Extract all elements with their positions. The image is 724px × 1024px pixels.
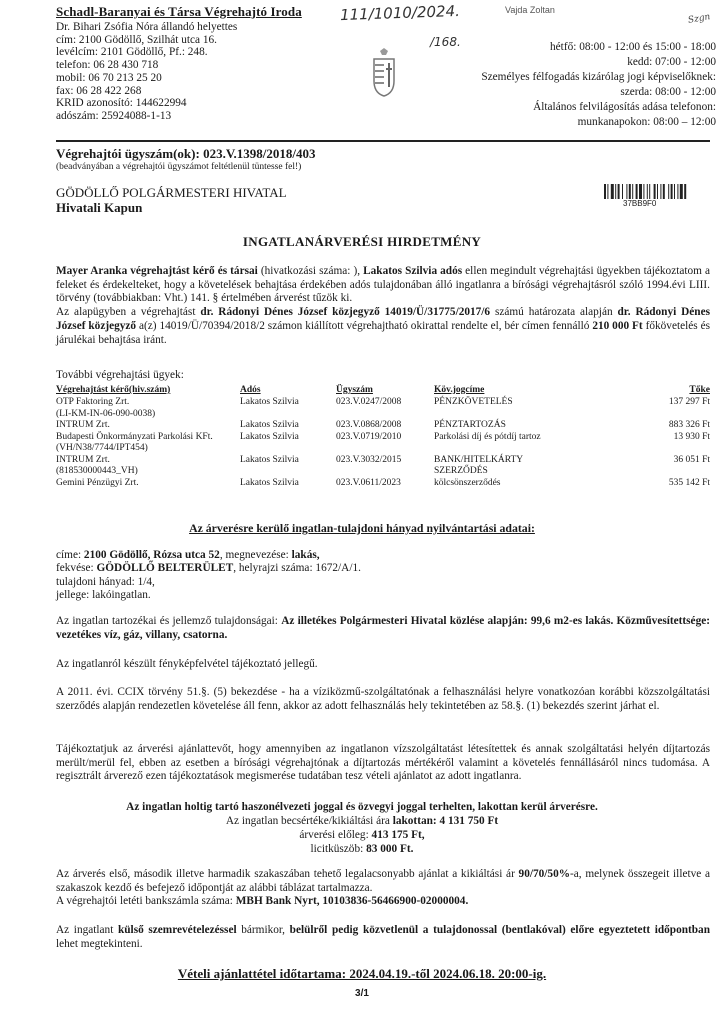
mobile-line: mobil: 06 70 213 25 20 <box>56 72 237 85</box>
stamp-name: Vajda Zoltan <box>505 5 555 15</box>
fax-line: fax: 06 28 422 268 <box>56 85 237 98</box>
cell-case-number: 023.V.0719/2010 <box>336 432 434 455</box>
document-title: INGATLANÁRVERÉSI HIRDETMÉNY <box>0 234 724 250</box>
cell-debtor: Lakatos Szilvia <box>240 478 336 490</box>
viewing-paragraph: Az ingatlant külső szemrevételezéssel bá… <box>56 924 710 951</box>
other-cases-table: Végrehajtást kérő(hiv.szám) Adós Ügyszám… <box>56 383 710 489</box>
office-contact-block: Dr. Bihari Zsófia Nóra állandó helyettes… <box>56 21 237 123</box>
cell-debtor: Lakatos Szilvia <box>240 432 336 455</box>
property-registry-data: címe: 2100 Gödöllő, Rózsa utca 52, megne… <box>56 549 361 602</box>
col-creditor: Végrehajtást kérő(hiv.szám) <box>56 383 240 397</box>
cell-case-number: 023.V.0868/2008 <box>336 420 434 432</box>
addressee-block: GÖDÖLLŐ POLGÁRMESTERI HIVATAL Hivatali K… <box>56 185 287 215</box>
property-features: Az ingatlan tartozékai és jellemző tulaj… <box>56 615 710 642</box>
cell-principal: 36 051 Ft <box>584 455 710 478</box>
cell-creditor: INTRUM Zrt.(818530000443_VH) <box>56 455 240 478</box>
address-line: cím: 2100 Gödöllő, Szilhát utca 16. <box>56 34 237 47</box>
case-number-note: (beadványában a végrehajtói ügyszámot fe… <box>56 162 301 172</box>
page-number: 3/1 <box>0 988 724 999</box>
mail-address-line: levélcím: 2101 Gödöllő, Pf.: 248. <box>56 46 237 59</box>
hours-wednesday: szerda: 08:00 - 12:00 <box>481 85 716 100</box>
cell-claim-title: Parkolási díj és pótdíj tartoz <box>434 432 584 455</box>
coat-of-arms-icon <box>370 47 398 97</box>
office-name: Schadl-Baranyai és Társa Végrehajtó Irod… <box>56 4 302 20</box>
cell-principal: 137 297 Ft <box>584 397 710 420</box>
intro-paragraph: Mayer Aranka végrehajtást kérő és társai… <box>56 265 710 347</box>
tax-id-line: adószám: 25924088-1-13 <box>56 110 237 123</box>
cell-claim-title: BANK/HITELKÁRTYSZERZŐDÉS <box>434 455 584 478</box>
hours-legal-reps-label: Személyes félfogadás kizárólag jogi képv… <box>481 70 716 85</box>
basis-text: számú határozata alapján <box>490 306 617 318</box>
principal-claim: 210 000 Ft <box>592 320 642 332</box>
cell-claim-title: kölcsönszerződés <box>434 478 584 490</box>
cell-creditor: Gemini Pénzügyi Zrt. <box>56 478 240 490</box>
cell-case-number: 023.V.0247/2008 <box>336 397 434 420</box>
table-row: INTRUM Zrt.(818530000443_VH)Lakatos Szil… <box>56 455 710 478</box>
delivery-channel: Hivatali Kapun <box>56 200 287 215</box>
cell-debtor: Lakatos Szilvia <box>240 420 336 432</box>
cell-case-number: 023.V.0611/2023 <box>336 478 434 490</box>
property-section-title: Az árverésre kerülő ingatlan-tulajdoni h… <box>0 521 724 536</box>
property-location: fekvése: GÖDÖLLŐ BELTERÜLET, helyrajzi s… <box>56 562 361 575</box>
cell-creditor: Budapesti Önkormányzati Parkolási KFt.(V… <box>56 432 240 455</box>
photo-note: Az ingatlanról készült fényképfelvétel t… <box>56 658 710 672</box>
col-claim-title: Köv.jogcíme <box>434 383 584 397</box>
property-nature: jellege: lakóingatlan. <box>56 589 361 602</box>
notary-ruling: dr. Rádonyi Dénes József közjegyző 14019… <box>200 306 490 318</box>
encumbrance: Az ingatlan holtig tartó haszonélvezeti … <box>0 800 724 814</box>
basis-text: a(z) 14019/Ü/70394/2018/2 számon kiállít… <box>136 320 592 332</box>
property-address: címe: 2100 Gödöllő, Rózsa utca 52, megne… <box>56 549 361 562</box>
signature: Szgn <box>687 12 711 26</box>
table-row: Gemini Pénzügyi Zrt.Lakatos Szilvia023.V… <box>56 478 710 490</box>
addressee-name: GÖDÖLLŐ POLGÁRMESTERI HIVATAL <box>56 185 287 200</box>
bid-increment: licitküszöb: 83 000 Ft. <box>0 842 724 856</box>
cell-claim-title: PÉNZKÖVETELÉS <box>434 397 584 420</box>
table-row: INTRUM Zrt.Lakatos Szilvia023.V.0868/200… <box>56 420 710 432</box>
cell-creditor: OTP Faktoring Zrt.(LI-KM-IN-06-090-0038) <box>56 397 240 420</box>
col-case-number: Ügyszám <box>336 383 434 397</box>
cell-claim-title: PÉNZTARTOZÁS <box>434 420 584 432</box>
intro-text: (hivatkozási száma: ), <box>258 265 363 277</box>
table-row: Budapesti Önkormányzati Parkolási KFt.(V… <box>56 432 710 455</box>
table-header-row: Végrehajtást kérő(hiv.szám) Adós Ügyszám… <box>56 383 710 397</box>
features-label: Az ingatlan tartozékai és jellemző tulaj… <box>56 615 281 627</box>
barcode-icon <box>604 184 710 199</box>
deputy-line: Dr. Bihari Zsófia Nóra állandó helyettes <box>56 21 237 34</box>
hours-tuesday: kedd: 07:00 - 12:00 <box>481 55 716 70</box>
property-share: tulajdoni hányad: 1/4, <box>56 576 361 589</box>
cell-debtor: Lakatos Szilvia <box>240 455 336 478</box>
auction-terms: Az ingatlan holtig tartó haszonélvezeti … <box>0 800 724 856</box>
header-divider <box>56 140 710 142</box>
law-note: A 2011. évi. CCIX törvény 51.§. (5) beke… <box>56 686 710 713</box>
col-debtor: Adós <box>240 383 336 397</box>
col-principal: Tőke <box>584 383 710 397</box>
offer-period: Vételi ajánlattétel időtartama: 2024.04.… <box>0 966 724 982</box>
hours-phone-info-label: Általános felvilágosítás adása telefonon… <box>481 100 716 115</box>
hours-monday: hétfő: 08:00 - 12:00 és 15:00 - 18:00 <box>481 40 716 55</box>
debtor-name: Lakatos Szilvia adós <box>363 265 462 277</box>
handwritten-sub-number: /168. <box>430 35 461 49</box>
phone-line: telefon: 06 28 430 718 <box>56 59 237 72</box>
water-info-note: Tájékoztatjuk az árverési ajánlattevőt, … <box>56 743 710 784</box>
stages-paragraph: Az árverés első, második illetve harmadi… <box>56 868 710 909</box>
creditor-name: Mayer Aranka végrehajtást kérő és társai <box>56 265 258 277</box>
cell-debtor: Lakatos Szilvia <box>240 397 336 420</box>
starting-price: Az ingatlan becsértéke/kikiáltási ára la… <box>0 814 724 828</box>
deposit: árverési előleg: 413 175 Ft, <box>0 828 724 842</box>
cell-case-number: 023.V.3032/2015 <box>336 455 434 478</box>
hours-workdays: munkanapokon: 08:00 – 12:00 <box>481 115 716 130</box>
table-row: OTP Faktoring Zrt.(LI-KM-IN-06-090-0038)… <box>56 397 710 420</box>
barcode-text: 37BB9F0 <box>623 199 656 208</box>
cell-creditor: INTRUM Zrt. <box>56 420 240 432</box>
case-number: Végrehajtói ügyszám(ok): 023.V.1398/2018… <box>56 146 316 162</box>
office-hours-block: hétfő: 08:00 - 12:00 és 15:00 - 18:00 ke… <box>481 40 716 130</box>
handwritten-registration-number: 111/1010/2024. <box>340 2 460 24</box>
bank-account: MBH Bank Nyrt, 10103836-56466900-0200000… <box>236 895 469 907</box>
krid-line: KRID azonosító: 144622994 <box>56 97 237 110</box>
cell-principal: 13 930 Ft <box>584 432 710 455</box>
other-cases-intro: További végrehajtási ügyek: <box>56 369 184 381</box>
cell-principal: 535 142 Ft <box>584 478 710 490</box>
basis-text: Az alapügyben a végrehajtást <box>56 306 200 318</box>
cell-principal: 883 326 Ft <box>584 420 710 432</box>
